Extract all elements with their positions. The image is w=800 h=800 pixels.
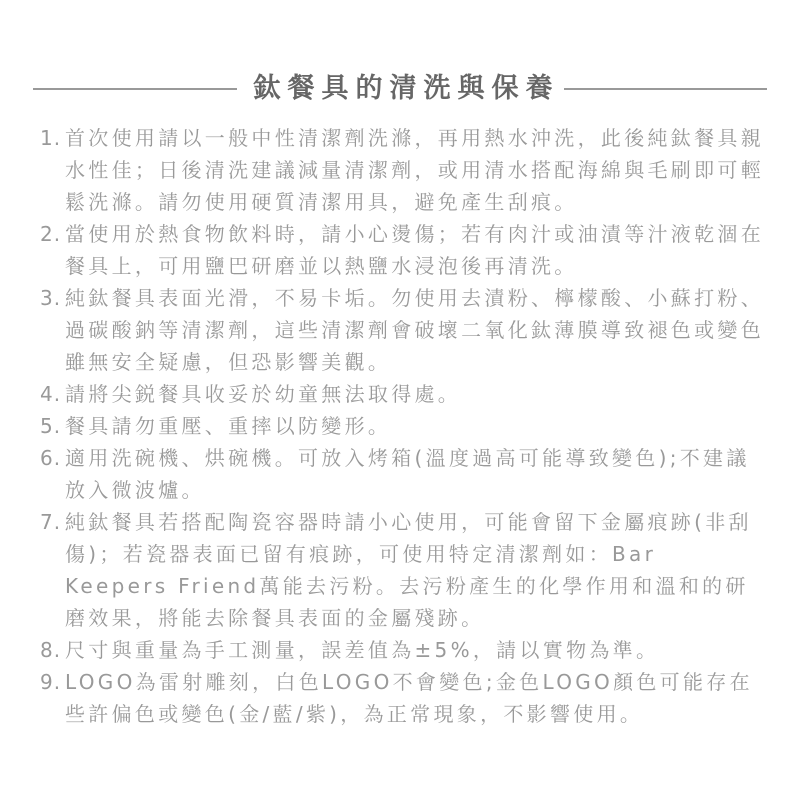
list-item: 5.餐具請勿重壓、重摔以防變形。 bbox=[40, 410, 765, 442]
item-text: 尺寸與重量為手工測量，誤差值為±5%，請以實物為準。 bbox=[65, 634, 765, 666]
item-text: 純鈦餐具表面光滑，不易卡垢。勿使用去漬粉、檸檬酸、小蘇打粉、過碳酸鈉等清潔劑，這… bbox=[65, 282, 765, 378]
item-text: 純鈦餐具若搭配陶瓷容器時請小心使用，可能會留下金屬痕跡(非刮傷)；若瓷器表面已留… bbox=[65, 506, 765, 634]
title-header: 鈦餐具的清洗與保養 bbox=[0, 72, 800, 106]
item-number: 3. bbox=[40, 282, 65, 314]
item-number: 8. bbox=[40, 634, 65, 666]
item-text: LOGO為雷射雕刻，白色LOGO不會變色;金色LOGO顏色可能存在些許偏色或變色… bbox=[65, 666, 765, 730]
care-instructions-list: 1.首次使用請以一般中性清潔劑洗滌，再用熱水沖洗，此後純鈦餐具親水性佳；日後清洗… bbox=[40, 122, 765, 730]
item-number: 1. bbox=[40, 122, 65, 154]
list-item: 8.尺寸與重量為手工測量，誤差值為±5%，請以實物為準。 bbox=[40, 634, 765, 666]
item-text: 適用洗碗機、烘碗機。可放入烤箱(溫度過高可能導致變色);不建議放入微波爐。 bbox=[65, 442, 765, 506]
item-number: 6. bbox=[40, 442, 65, 474]
item-number: 9. bbox=[40, 666, 65, 698]
item-text: 首次使用請以一般中性清潔劑洗滌，再用熱水沖洗，此後純鈦餐具親水性佳；日後清洗建議… bbox=[65, 122, 765, 218]
item-text: 餐具請勿重壓、重摔以防變形。 bbox=[65, 410, 765, 442]
list-item: 4.請將尖鋭餐具收妥於幼童無法取得處。 bbox=[40, 378, 765, 410]
item-number: 5. bbox=[40, 410, 65, 442]
title-rule-left bbox=[33, 88, 237, 90]
item-number: 2. bbox=[40, 218, 65, 250]
list-item: 2.當使用於熱食物飲料時，請小心燙傷；若有肉汁或油漬等汁液乾涸在餐具上，可用鹽巴… bbox=[40, 218, 765, 282]
list-item: 7.純鈦餐具若搭配陶瓷容器時請小心使用，可能會留下金屬痕跡(非刮傷)；若瓷器表面… bbox=[40, 506, 765, 634]
item-text: 當使用於熱食物飲料時，請小心燙傷；若有肉汁或油漬等汁液乾涸在餐具上，可用鹽巴研磨… bbox=[65, 218, 765, 282]
list-item: 3.純鈦餐具表面光滑，不易卡垢。勿使用去漬粉、檸檬酸、小蘇打粉、過碳酸鈉等清潔劑… bbox=[40, 282, 765, 378]
page-title: 鈦餐具的清洗與保養 bbox=[237, 72, 564, 106]
item-number: 7. bbox=[40, 506, 65, 538]
list-item: 9.LOGO為雷射雕刻，白色LOGO不會變色;金色LOGO顏色可能存在些許偏色或… bbox=[40, 666, 765, 730]
title-rule-right bbox=[564, 88, 768, 90]
care-instructions-page: 鈦餐具的清洗與保養 1.首次使用請以一般中性清潔劑洗滌，再用熱水沖洗，此後純鈦餐… bbox=[0, 0, 800, 800]
list-item: 1.首次使用請以一般中性清潔劑洗滌，再用熱水沖洗，此後純鈦餐具親水性佳；日後清洗… bbox=[40, 122, 765, 218]
list-item: 6.適用洗碗機、烘碗機。可放入烤箱(溫度過高可能導致變色);不建議放入微波爐。 bbox=[40, 442, 765, 506]
item-text: 請將尖鋭餐具收妥於幼童無法取得處。 bbox=[65, 378, 765, 410]
item-number: 4. bbox=[40, 378, 65, 410]
